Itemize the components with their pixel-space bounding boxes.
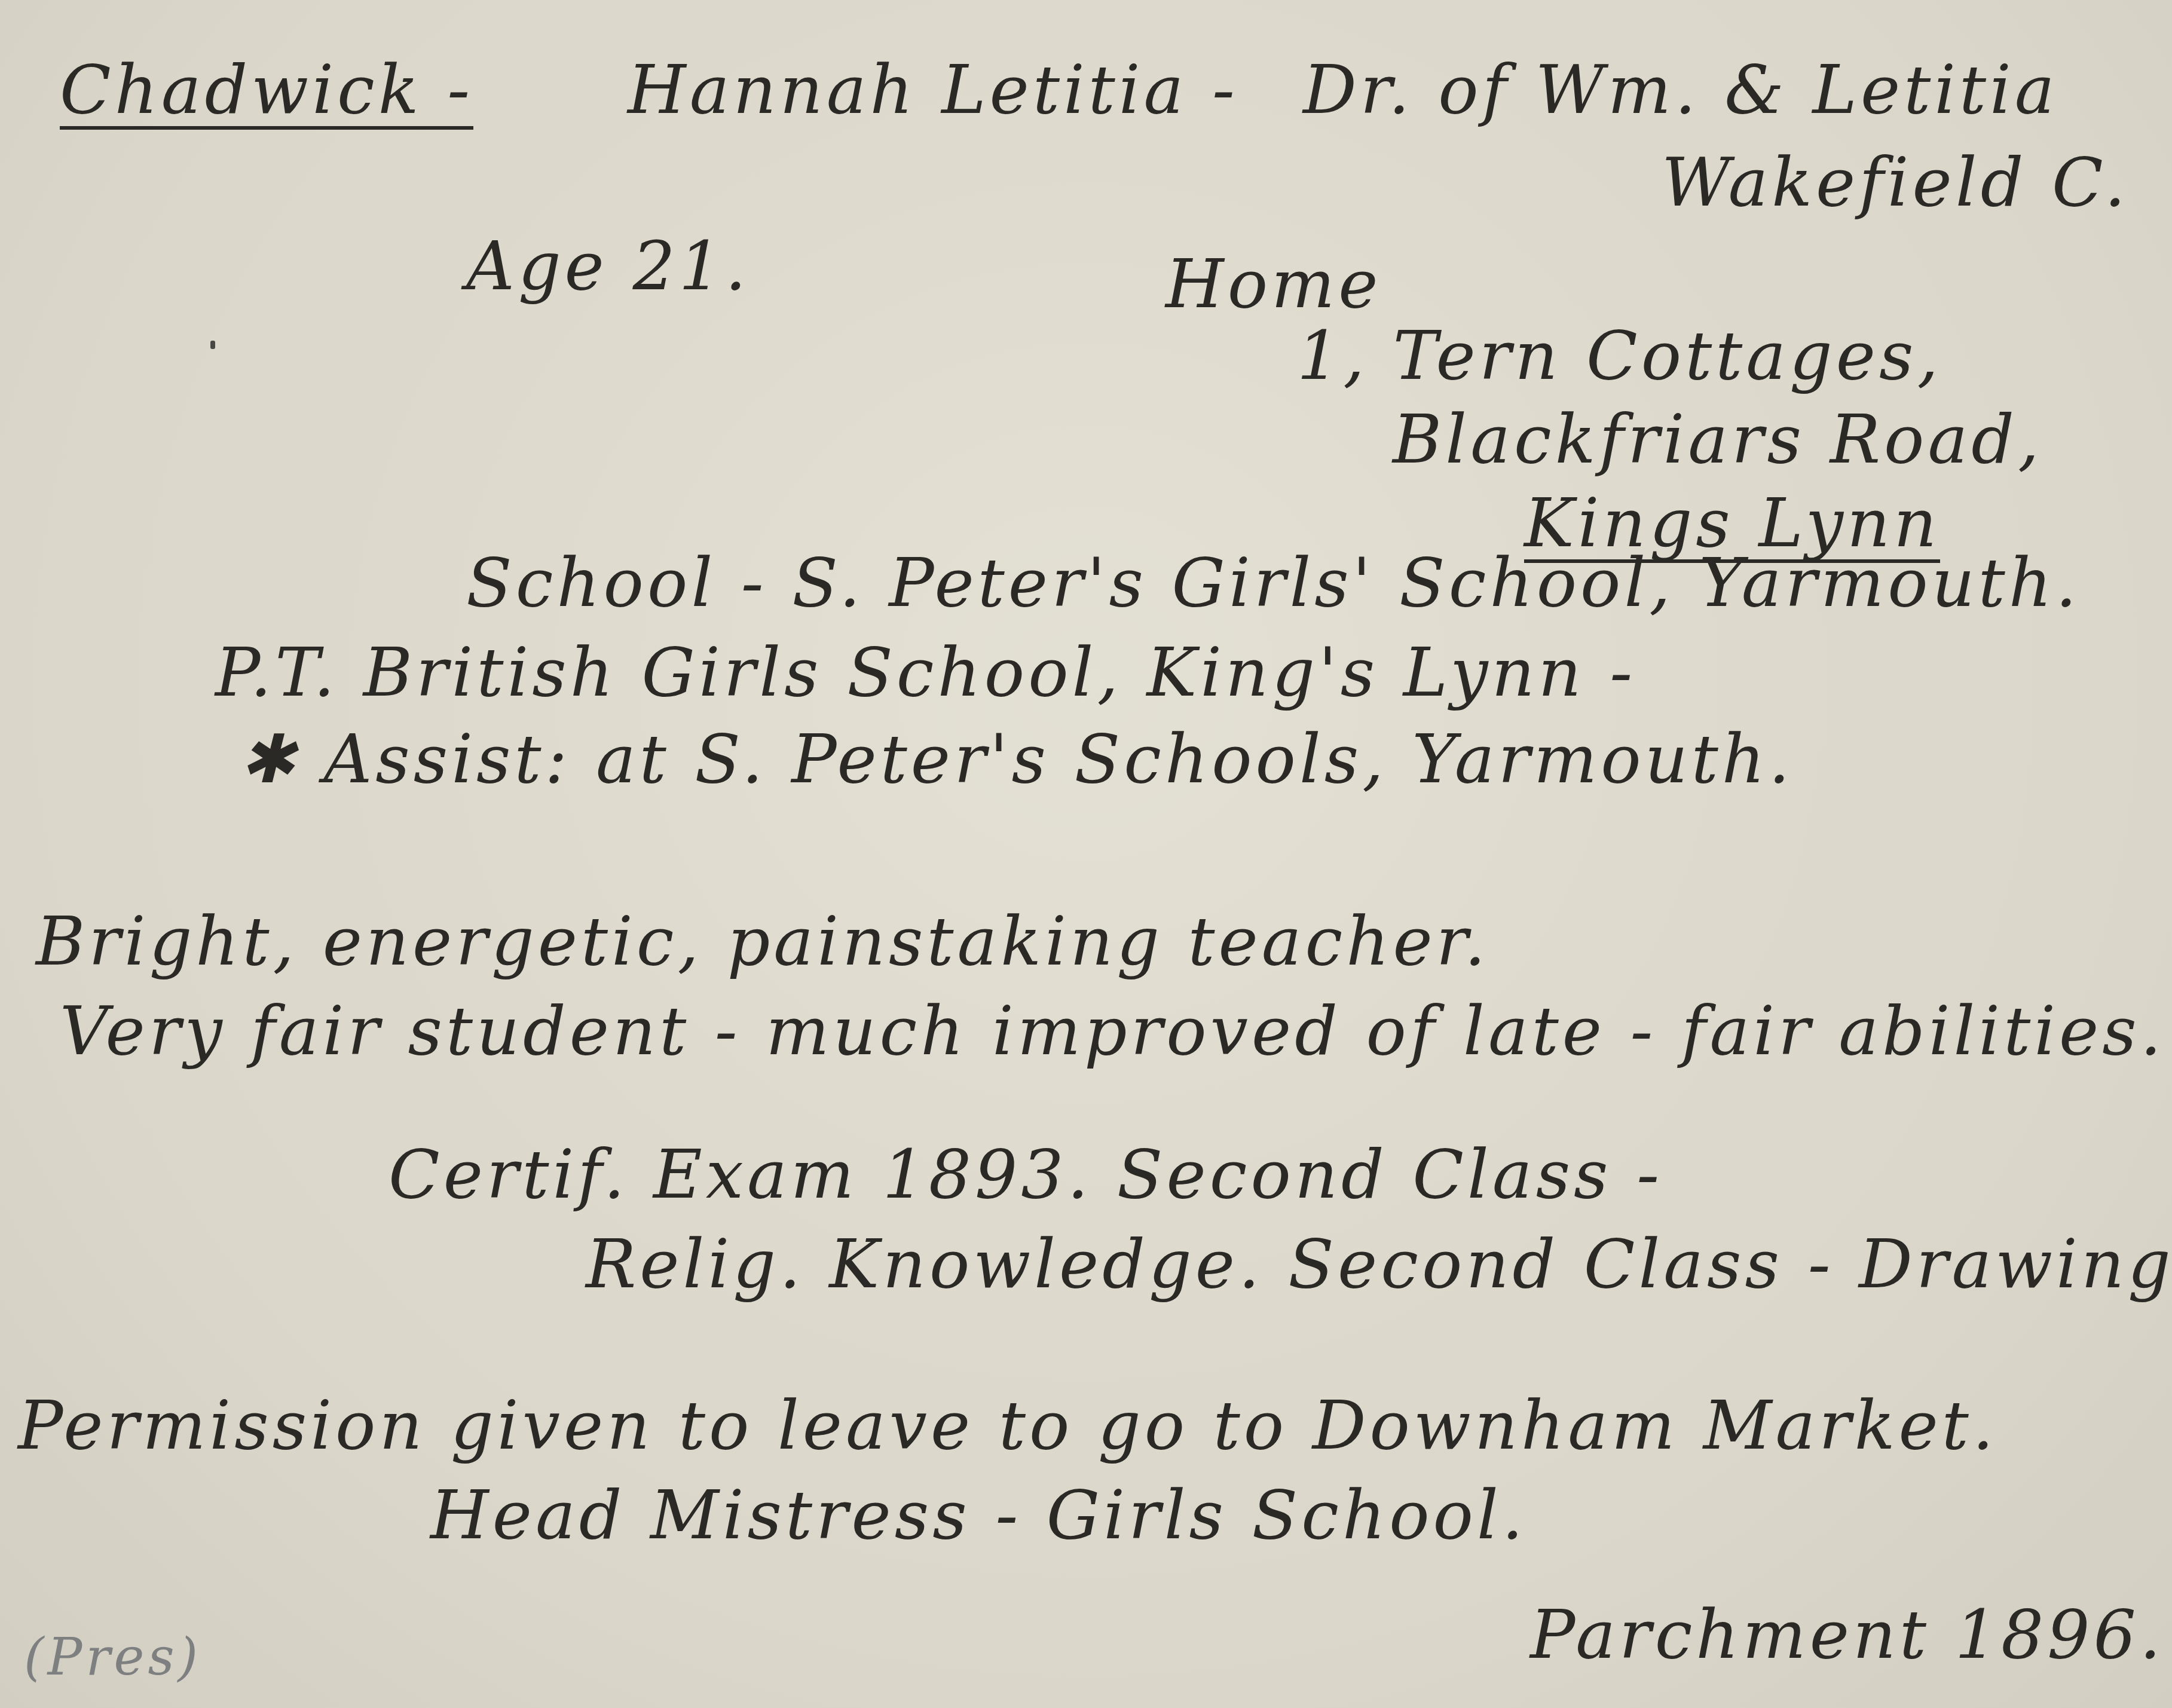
residence-town: Wakefield C. — [1662, 149, 2129, 216]
age: Age 21. — [466, 233, 750, 300]
later-line-2: Head Mistress - Girls School. — [430, 1482, 1526, 1549]
assistant-line: ✱ Assist: at S. Peter's Schools, Yarmout… — [239, 726, 1794, 793]
home-label: Home — [1165, 251, 1382, 318]
remarks-line-1: Bright, energetic, painstaking teacher. — [36, 908, 1489, 975]
remarks-line-2: Very fair student - much improved of lat… — [60, 998, 2165, 1065]
later-line-1: Permission given to leave to go to Downh… — [18, 1392, 1997, 1459]
exam-line-1: Certif. Exam 1893. Second Class - — [388, 1141, 1663, 1208]
parchment-line: Parchment 1896. — [1530, 1602, 2164, 1669]
given-names: Hannah Letitia - — [628, 57, 1238, 124]
surname: Chadwick - — [60, 57, 473, 130]
address-line-2: Blackfriars Road, — [1393, 406, 2043, 473]
pupil-teacher-line: P.T. British Girls School, King's Lynn - — [215, 639, 1636, 706]
register-page: Chadwick - Hannah Letitia - Dr. of Wm. &… — [0, 0, 2172, 1708]
ink-mark — [210, 341, 215, 349]
pencil-note: (Pres) — [24, 1632, 201, 1683]
exam-line-2: Relig. Knowledge. Second Class - Drawing… — [586, 1231, 2172, 1298]
school-line: School - S. Peter's Girls' School, Yarmo… — [466, 550, 2081, 617]
address-line-1: 1, Tern Cottages, — [1297, 323, 1942, 390]
parentage: Dr. of Wm. & Letitia — [1303, 57, 2058, 124]
